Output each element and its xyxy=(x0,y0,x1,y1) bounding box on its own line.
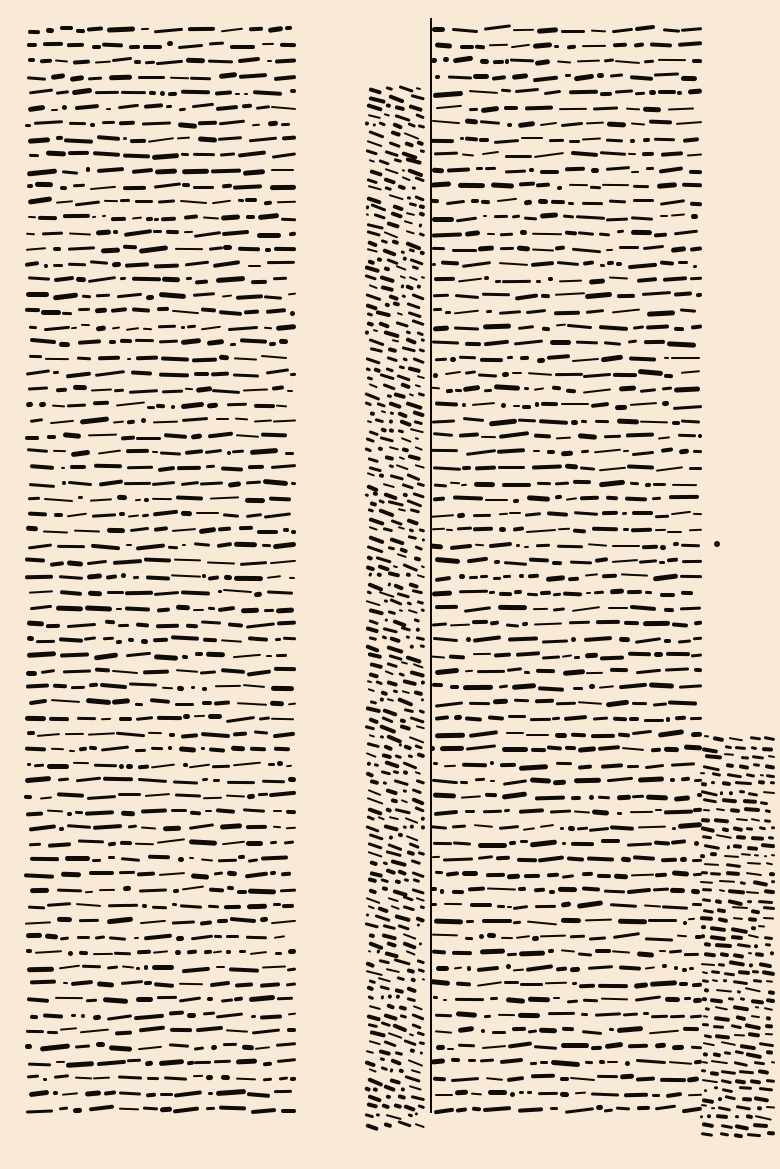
margin-note-stroke xyxy=(383,1122,392,1128)
margin-note-stroke xyxy=(407,311,421,319)
margin-note-stroke xyxy=(715,989,731,993)
margin-note-stroke xyxy=(398,672,404,677)
margin-note-stroke xyxy=(366,230,380,236)
margin-note-stroke xyxy=(748,963,753,968)
margin-note-stroke xyxy=(400,284,404,289)
margin-note-stroke xyxy=(390,1058,402,1066)
margin-note-stroke xyxy=(379,724,396,733)
margin-note-stroke xyxy=(379,959,390,964)
margin-note-stroke xyxy=(395,879,402,884)
margin-note-stroke xyxy=(753,763,760,767)
margin-note-stroke xyxy=(389,1078,400,1084)
margin-note-stroke xyxy=(408,104,422,112)
margin-note-stroke xyxy=(719,952,728,957)
margin-note-stroke xyxy=(369,159,375,163)
margin-note-stroke xyxy=(375,556,392,563)
margin-note-stroke xyxy=(705,1007,710,1010)
margin-note-stroke xyxy=(739,1070,754,1074)
margin-note-stroke xyxy=(419,942,423,946)
margin-note-stroke xyxy=(367,815,375,821)
margin-note-stroke xyxy=(390,1068,394,1073)
margin-note-stroke xyxy=(405,330,411,335)
margin-note-stroke xyxy=(713,1086,717,1090)
margin-note-stroke xyxy=(750,746,757,751)
margin-note-stroke xyxy=(368,789,381,796)
margin-note-stroke xyxy=(365,274,377,280)
margin-note-stroke xyxy=(767,755,775,759)
margin-note-stroke xyxy=(403,933,417,940)
margin-note-stroke xyxy=(389,816,400,820)
margin-note-stroke xyxy=(383,924,396,930)
margin-note-stroke xyxy=(732,844,742,848)
margin-note-stroke xyxy=(403,770,409,775)
margin-note-stroke xyxy=(393,565,399,568)
margin-note-stroke xyxy=(388,582,392,586)
margin-note-stroke xyxy=(415,545,424,551)
margin-note-stroke xyxy=(394,988,403,994)
margin-note-stroke xyxy=(397,411,408,418)
margin-note-stroke xyxy=(386,1094,392,1099)
margin-note-stroke xyxy=(770,781,775,784)
margin-note-stroke xyxy=(388,194,403,200)
margin-note-stroke xyxy=(374,213,386,220)
margin-note-stroke xyxy=(388,546,395,550)
margin-note-stroke xyxy=(396,322,409,329)
margin-note-stroke xyxy=(388,610,396,615)
margin-note-stroke xyxy=(414,744,423,749)
margin-note-stroke xyxy=(412,410,424,417)
margin-note-stroke xyxy=(417,392,425,397)
margin-note-stroke xyxy=(395,114,411,122)
margin-note-stroke xyxy=(703,809,710,811)
margin-note-stroke xyxy=(752,970,759,974)
margin-note-stroke xyxy=(388,294,398,301)
margin-note-stroke xyxy=(411,1023,421,1029)
margin-note-stroke xyxy=(403,708,414,714)
margin-note-stroke xyxy=(420,644,425,648)
margin-note-stroke xyxy=(389,419,394,424)
margin-note-stroke xyxy=(735,1079,747,1085)
margin-note-stroke xyxy=(413,618,420,622)
margin-note-stroke xyxy=(387,897,398,902)
margin-note-stroke xyxy=(401,626,411,632)
margin-note-stroke xyxy=(368,807,383,816)
margin-note-stroke xyxy=(702,888,713,892)
margin-note-stroke xyxy=(703,1042,715,1046)
margin-note-stroke xyxy=(746,872,762,876)
margin-note-stroke xyxy=(368,87,382,95)
margin-note-stroke xyxy=(393,1103,402,1109)
margin-note-stroke xyxy=(417,482,425,487)
margin-note-stroke xyxy=(365,401,373,407)
margin-note-stroke xyxy=(369,535,385,544)
margin-note-stroke xyxy=(715,943,732,948)
margin-note-stroke xyxy=(380,1021,390,1027)
margin-note-stroke xyxy=(724,1095,736,1100)
margin-note-stroke xyxy=(703,798,717,803)
margin-note-stroke xyxy=(415,113,424,119)
margin-note-stroke xyxy=(410,824,415,829)
margin-note-stroke xyxy=(415,636,425,641)
margin-note-stroke xyxy=(368,888,377,895)
margin-note-stroke xyxy=(739,790,746,794)
margin-note-stroke xyxy=(384,302,390,307)
margin-note-stroke xyxy=(369,871,383,878)
margin-note-stroke xyxy=(737,943,752,948)
ink-blot xyxy=(714,541,720,547)
margin-note-stroke xyxy=(704,863,719,866)
margin-note-stroke xyxy=(702,1079,719,1084)
margin-note-stroke xyxy=(409,670,425,678)
margin-note-stroke xyxy=(373,1087,379,1092)
margin-note-stroke xyxy=(401,799,408,804)
margin-note-stroke xyxy=(374,763,380,767)
margin-note-stroke xyxy=(742,1097,752,1101)
margin-note-stroke xyxy=(741,756,749,760)
margin-note-stroke xyxy=(746,827,753,831)
margin-note-stroke xyxy=(387,258,399,265)
margin-note-stroke xyxy=(418,348,425,353)
margin-note-stroke xyxy=(369,1030,386,1038)
margin-note-stroke xyxy=(727,997,733,1001)
margin-note-stroke xyxy=(703,1052,709,1057)
margin-note-stroke xyxy=(411,888,424,894)
margin-note-stroke xyxy=(735,746,746,750)
margin-note-stroke xyxy=(414,421,423,426)
margin-note-stroke xyxy=(390,412,394,416)
margin-note-stroke xyxy=(397,1120,411,1127)
margin-note-stroke xyxy=(369,501,377,507)
margin-note-stroke xyxy=(386,367,395,372)
margin-note-stroke xyxy=(397,976,406,981)
margin-note-stroke xyxy=(740,997,746,1001)
margin-note-stroke xyxy=(701,963,715,966)
margin-note-stroke xyxy=(379,1057,385,1062)
margin-note-stroke xyxy=(411,294,425,302)
margin-note-stroke xyxy=(702,979,709,983)
margin-note-stroke xyxy=(367,762,372,767)
margin-note-stroke xyxy=(751,1015,760,1018)
margin-note-stroke xyxy=(384,599,388,603)
margin-note-stroke xyxy=(366,140,382,147)
margin-note-stroke xyxy=(712,772,721,777)
margin-note-stroke xyxy=(419,528,426,532)
margin-note-stroke xyxy=(400,1014,407,1019)
margin-note-stroke xyxy=(388,428,394,433)
margin-note-stroke xyxy=(367,312,374,317)
margin-note-stroke xyxy=(373,491,378,496)
margin-note-stroke xyxy=(385,103,391,108)
margin-note-stroke xyxy=(379,985,389,990)
margin-note-stroke xyxy=(750,1079,761,1085)
margin-note-stroke xyxy=(365,771,374,778)
margin-note-stroke xyxy=(765,1050,773,1055)
margin-note-stroke xyxy=(739,764,750,770)
margin-note-stroke xyxy=(406,518,419,526)
margin-note-stroke xyxy=(747,792,757,797)
margin-note-stroke xyxy=(381,635,387,640)
margin-note-stroke xyxy=(368,619,379,625)
margin-note-stroke xyxy=(383,248,397,256)
margin-note-stroke xyxy=(416,725,425,730)
margin-note-stroke xyxy=(367,196,382,204)
margin-note-stroke xyxy=(365,644,380,653)
margin-note-stroke xyxy=(412,492,424,498)
margin-note-stroke xyxy=(406,601,412,606)
margin-note-stroke xyxy=(734,1050,744,1054)
margin-note-stroke xyxy=(385,455,394,461)
margin-note-stroke xyxy=(728,899,743,906)
margin-note-stroke xyxy=(366,970,383,976)
margin-note-stroke xyxy=(407,535,416,540)
margin-note-stroke xyxy=(367,259,375,265)
margin-note-stroke xyxy=(390,637,402,644)
margin-note-stroke xyxy=(396,265,407,271)
margin-note-stroke xyxy=(385,788,397,795)
margin-note-stroke xyxy=(369,169,382,176)
margin-note-stroke xyxy=(385,168,399,175)
margin-note-stroke xyxy=(387,698,394,702)
margin-note-stroke xyxy=(728,960,744,966)
margin-note-stroke xyxy=(382,861,387,865)
margin-note-stroke xyxy=(385,186,393,191)
margin-note-stroke xyxy=(390,130,401,137)
margin-note-stroke xyxy=(416,1031,425,1036)
margin-note-stroke xyxy=(418,968,425,973)
margin-note-stroke xyxy=(385,807,392,813)
margin-note-stroke xyxy=(377,564,389,572)
margin-note-stroke xyxy=(759,826,767,831)
margin-note-stroke xyxy=(393,301,401,306)
margin-note-stroke xyxy=(723,979,727,983)
margin-note-stroke xyxy=(745,987,761,993)
margin-note-stroke xyxy=(405,338,417,346)
margin-note-stroke xyxy=(415,779,425,785)
margin-note-stroke xyxy=(764,736,775,741)
margin-note-stroke xyxy=(701,1061,707,1064)
margin-note-stroke xyxy=(368,114,381,119)
margin-note-stroke xyxy=(412,357,425,365)
margin-note-stroke xyxy=(764,1007,774,1011)
margin-note-stroke xyxy=(726,871,740,876)
margin-note-stroke xyxy=(421,825,426,830)
margin-note-stroke xyxy=(366,985,374,992)
margin-note-stroke xyxy=(366,1102,377,1108)
margin-note-stroke xyxy=(365,1060,377,1068)
margin-note-stroke xyxy=(367,321,375,327)
margin-note-stroke xyxy=(763,889,775,895)
margin-note-stroke xyxy=(382,886,389,891)
margin-note-stroke xyxy=(366,1014,381,1022)
margin-note-stroke xyxy=(410,977,416,982)
margin-note-stroke xyxy=(702,1098,715,1104)
margin-note-stroke xyxy=(365,493,370,497)
margin-note-stroke xyxy=(762,747,773,751)
margin-note-stroke xyxy=(726,863,741,868)
margin-note-stroke xyxy=(380,373,395,380)
margin-note-stroke xyxy=(710,935,726,941)
margin-note-stroke xyxy=(762,791,775,794)
margin-note-stroke xyxy=(384,1040,397,1047)
margin-note-stroke xyxy=(409,276,418,281)
margin-note-stroke xyxy=(416,959,425,964)
margin-note-stroke xyxy=(408,367,421,374)
margin-note-stroke xyxy=(736,818,748,822)
margin-note-stroke xyxy=(365,205,369,210)
margin-note-stroke xyxy=(390,211,403,219)
margin-note-stroke xyxy=(402,176,411,181)
margin-note-stroke xyxy=(366,367,372,372)
margin-note-stroke xyxy=(379,275,395,284)
margin-note-stroke xyxy=(381,410,386,414)
margin-note-stroke xyxy=(367,680,373,684)
margin-note-stroke xyxy=(408,842,420,849)
margin-note-stroke xyxy=(393,958,410,965)
margin-note-stroke xyxy=(368,717,379,724)
margin-note-stroke xyxy=(377,816,384,821)
margin-note-stroke xyxy=(410,716,425,724)
margin-note-stroke xyxy=(752,755,765,760)
margin-note-stroke xyxy=(739,1086,752,1090)
margin-note-stroke xyxy=(402,447,410,452)
margin-note-stroke xyxy=(721,1041,736,1046)
margin-note-stroke xyxy=(380,995,384,999)
margin-note-stroke xyxy=(403,905,415,912)
margin-note-stroke xyxy=(406,157,422,165)
margin-note-stroke xyxy=(416,600,424,605)
margin-note-stroke xyxy=(710,872,722,876)
margin-note-stroke xyxy=(369,860,378,866)
margin-note-stroke xyxy=(416,574,425,579)
margin-note-stroke xyxy=(754,944,759,948)
margin-note-stroke xyxy=(365,293,381,301)
margin-note-stroke xyxy=(422,538,426,542)
margin-note-stroke xyxy=(402,895,413,901)
margin-note-stroke xyxy=(415,771,422,775)
margin-note-stroke xyxy=(416,331,424,337)
margin-note-stroke xyxy=(366,178,378,184)
margin-note-stroke xyxy=(376,257,382,262)
margin-note-stroke xyxy=(721,1088,733,1094)
margin-note-stroke xyxy=(385,618,389,622)
margin-note-stroke xyxy=(733,1133,743,1138)
margin-note-stroke xyxy=(767,990,775,995)
margin-note-stroke xyxy=(405,285,414,291)
margin-note-stroke xyxy=(752,880,767,887)
margin-note-stroke xyxy=(383,1084,396,1092)
margin-note-stroke xyxy=(368,517,384,526)
margin-note-stroke xyxy=(387,347,397,353)
margin-note-stroke xyxy=(750,736,761,740)
margin-note-stroke xyxy=(398,526,405,530)
margin-note-stroke xyxy=(407,122,416,128)
margin-note-stroke xyxy=(711,1060,728,1064)
margin-note-stroke xyxy=(741,853,751,856)
margin-note-stroke xyxy=(402,169,406,172)
margin-note-stroke xyxy=(764,764,775,770)
margin-note-stroke xyxy=(408,454,422,461)
margin-note-stroke xyxy=(388,843,403,851)
margin-note-stroke xyxy=(407,499,423,507)
margin-note-stroke xyxy=(761,843,775,849)
margin-note-stroke xyxy=(744,807,761,813)
margin-note-stroke xyxy=(367,457,379,463)
margin-note-stroke xyxy=(408,1033,414,1037)
margin-note-stroke xyxy=(411,320,425,327)
margin-note-stroke xyxy=(365,706,380,713)
margin-note-stroke xyxy=(751,818,760,822)
margin-note-stroke xyxy=(733,917,743,920)
margin-note-stroke xyxy=(700,934,704,939)
margin-note-stroke xyxy=(414,806,424,812)
margin-note-stroke xyxy=(393,779,408,786)
margin-note-stroke xyxy=(418,223,422,228)
margin-note-stroke xyxy=(702,997,707,1001)
margin-note-stroke xyxy=(382,627,397,634)
margin-note-stroke xyxy=(420,1051,424,1055)
margin-note-stroke xyxy=(396,464,409,471)
margin-note-stroke xyxy=(389,446,399,451)
margin-note-stroke xyxy=(419,905,425,910)
margin-note-stroke xyxy=(420,698,424,701)
margin-note-stroke xyxy=(368,877,378,883)
margin-note-stroke xyxy=(407,997,416,1002)
margin-note-stroke xyxy=(768,836,774,840)
margin-note-stroke xyxy=(701,1132,714,1137)
margin-note-stroke xyxy=(417,124,425,129)
margin-note-stroke xyxy=(376,402,386,408)
margin-note-stroke xyxy=(366,248,377,253)
margin-note-stroke xyxy=(369,833,384,841)
margin-note-stroke xyxy=(384,670,393,675)
margin-note-stroke xyxy=(384,1013,398,1021)
margin-note-stroke xyxy=(365,565,375,572)
margin-note-stroke xyxy=(392,339,400,343)
margin-note-stroke xyxy=(770,951,775,956)
margin-note-stroke xyxy=(380,436,394,443)
margin-note-stroke xyxy=(712,979,718,983)
margin-note-stroke xyxy=(399,547,408,553)
margin-note-stroke xyxy=(764,855,768,858)
margin-note-stroke xyxy=(422,978,426,981)
margin-note-stroke xyxy=(393,619,408,628)
margin-note-stroke xyxy=(367,240,377,247)
margin-note-stroke xyxy=(368,572,372,576)
margin-note-stroke xyxy=(368,672,378,678)
margin-note-stroke xyxy=(382,716,394,723)
margin-note-stroke xyxy=(375,914,392,922)
margin-note-stroke xyxy=(403,257,408,262)
margin-note-stroke xyxy=(365,330,370,335)
margin-note-stroke xyxy=(399,365,405,369)
margin-note-stroke xyxy=(758,780,765,784)
margin-note-stroke xyxy=(411,788,422,795)
margin-note-stroke xyxy=(405,401,422,410)
margin-note-stroke xyxy=(700,772,705,775)
margin-note-stroke xyxy=(385,850,401,857)
margin-note-stroke xyxy=(398,429,405,433)
margin-note-stroke xyxy=(771,826,775,830)
margin-note-stroke xyxy=(384,231,399,239)
margin-note-stroke xyxy=(401,346,415,353)
margin-note-stroke xyxy=(368,1077,384,1087)
margin-note-stroke xyxy=(380,691,388,697)
margin-note-stroke xyxy=(702,1015,707,1018)
margin-note-stroke xyxy=(747,846,758,851)
margin-note-stroke xyxy=(410,1069,420,1074)
margin-note-stroke xyxy=(366,484,378,492)
margin-note-stroke xyxy=(717,917,728,924)
